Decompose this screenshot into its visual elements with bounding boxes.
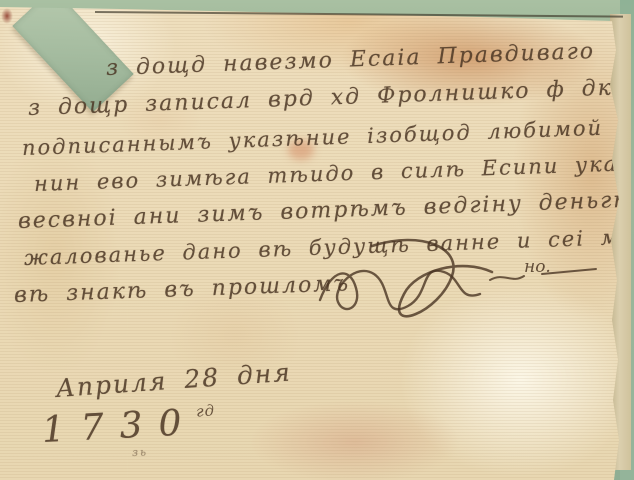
- date-line: Априля 28 дня: [55, 358, 293, 403]
- year-line: 1730: [41, 402, 199, 451]
- red-ink-speck: [1, 8, 13, 24]
- year-suffix: гд: [195, 401, 215, 420]
- handwriting-line-1: з дощд навезмо Есаіа Правдиваго: [106, 39, 596, 81]
- signature-tail-text: но.: [524, 257, 551, 277]
- handwriting-line-3: подписаннымъ указѣние ізобщод любимой па…: [22, 113, 634, 160]
- signature-flourish: но.: [312, 228, 602, 338]
- faint-ink-mark: зь: [132, 445, 148, 459]
- handwriting-line-7: вѣ знакѣ въ прошломъ: [14, 271, 351, 308]
- manuscript-scan: з дощд навезмо Есаіа Правдиваго з дощр з…: [0, 0, 634, 480]
- manuscript-paper: з дощд навезмо Есаіа Правдиваго з дощр з…: [0, 0, 634, 480]
- handwriting-line-4: нин ево зимѣга тѣидо в силѣ Есипи указом: [34, 150, 634, 196]
